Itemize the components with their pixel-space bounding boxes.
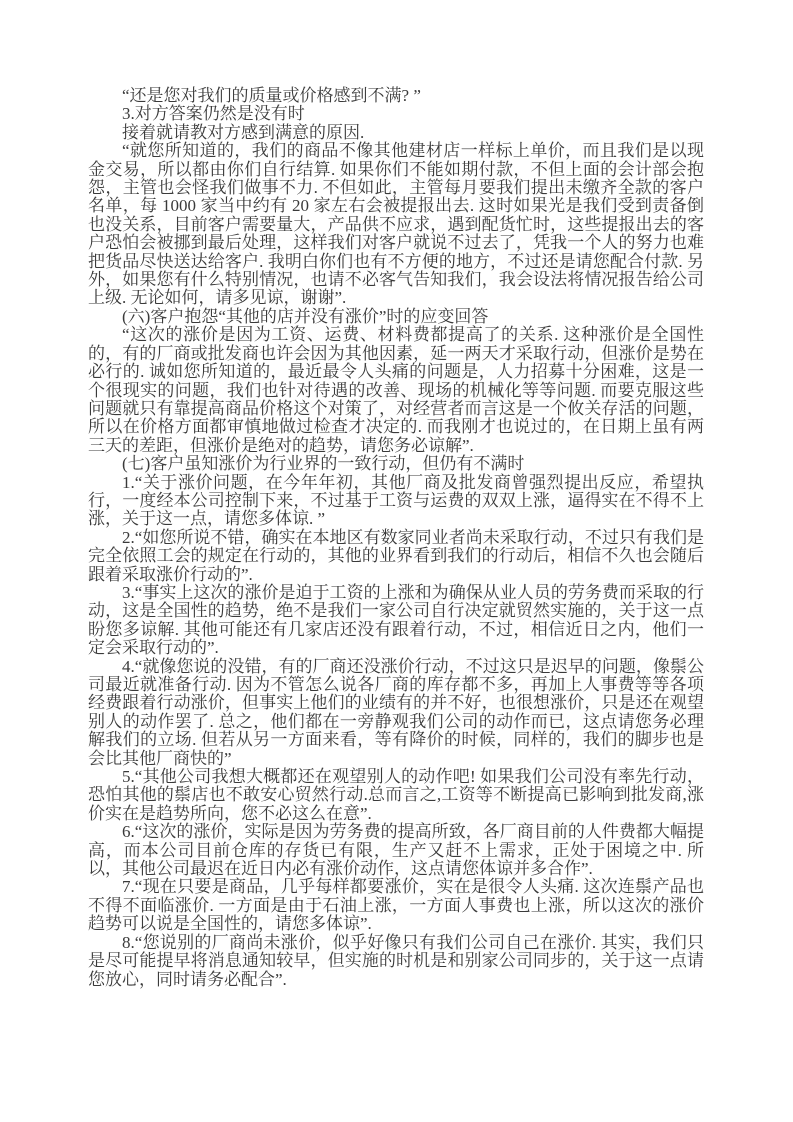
paragraph: “还是您对我们的质量或价格感到不满? ” bbox=[88, 87, 704, 105]
list-item-2: 2.“如您所说不错，确实在本地区有数家同业者尚未采取行动，不过只有我们是完全依照… bbox=[88, 529, 704, 584]
section-heading-six: (六)客户抱怨“其他的店并没有涨价”时的应变回答 bbox=[88, 308, 704, 326]
paragraph: “这次的涨价是因为工资、运费、材料费都提高了的关系. 这种涨价是全国性的，有的厂… bbox=[88, 326, 704, 455]
list-item-5: 5.“其他公司我想大概都还在观望别人的动作吧! 如果我们公司没有率先行动，恐怕其… bbox=[88, 768, 704, 823]
document-page: “还是您对我们的质量或价格感到不满? ” 3.对方答案仍然是没有时 接着就请教对… bbox=[0, 0, 793, 1122]
list-item-6: 6.“这次的涨价，实际是因为劳务费的提高所致，各厂商目前的人件费都大幅提高，而本… bbox=[88, 823, 704, 878]
list-item-4: 4.“就像您说的没错，有的厂商还没涨价行动，不过这只是迟早的问题，像鬃公司最近就… bbox=[88, 658, 704, 768]
list-item-3: 3.“事实上这次的涨价是迫于工资的上涨和为确保从业人员的劳务费而采取的行动，这是… bbox=[88, 584, 704, 658]
paragraph: 接着就请教对方感到满意的原因. bbox=[88, 124, 704, 142]
paragraph: 3.对方答案仍然是没有时 bbox=[88, 105, 704, 123]
list-item-1: 1.“关于涨价问题，在今年年初，其他厂商及批发商曾强烈提出反应，希望执行，一度经… bbox=[88, 474, 704, 529]
paragraph: “就您所知道的，我们的商品不像其他建材店一样标上单价，而且我们是以现金交易，所以… bbox=[88, 142, 704, 308]
list-item-7: 7.“现在只要是商品，几乎每样都要涨价，实在是很令人头痛. 这次连鬃产品也不得不… bbox=[88, 878, 704, 933]
list-item-8: 8.“您说别的厂商尚未涨价，似乎好像只有我们公司自己在涨价. 其实，我们只是尽可… bbox=[88, 934, 704, 989]
document-text-block: “还是您对我们的质量或价格感到不满? ” 3.对方答案仍然是没有时 接着就请教对… bbox=[88, 87, 704, 989]
section-heading-seven: (七)客户虽知涨价为行业界的一致行动，但仍有不满时 bbox=[88, 455, 704, 473]
